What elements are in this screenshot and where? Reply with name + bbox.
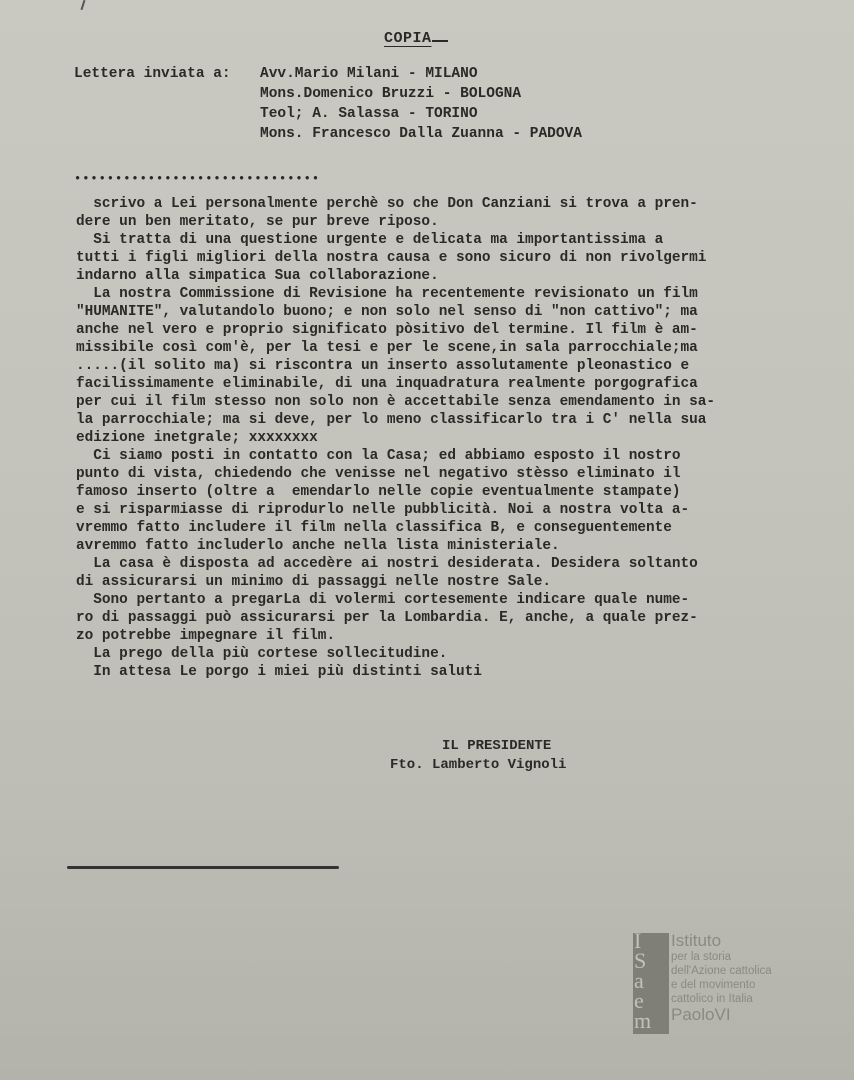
body-line: ro di passaggi può assicurarsi per la Lo…	[76, 609, 846, 627]
signature-title: IL PRESIDENTE	[390, 737, 566, 756]
recipient-row: Lettera inviata a:Avv.Mario Milani - MIL…	[74, 64, 582, 84]
body-line: La casa è disposta ad accedère ai nostri…	[76, 555, 846, 573]
signature-name: Fto. Lamberto Vignoli	[390, 756, 566, 775]
body-line: anche nel vero e proprio significato pòs…	[76, 321, 846, 339]
body-line: e si risparmiasse di riprodurlo nelle pu…	[76, 501, 846, 519]
body-line: Ci siamo posti in contatto con la Casa; …	[76, 447, 846, 465]
recipient-row: Teol; A. Salassa - TORINO	[74, 104, 582, 124]
body-line: Sono pertanto a pregarLa di volermi cort…	[76, 591, 846, 609]
recipients-label: Lettera inviata a:	[74, 64, 260, 84]
logo-monogram: I S a e m	[634, 931, 668, 1031]
body-line: scrivo a Lei personalmente perchè so che…	[76, 195, 846, 213]
body-line: zo potrebbe impegnare il film.	[76, 627, 846, 645]
recipient: Mons.Domenico Bruzzi - BOLOGNA	[260, 86, 521, 102]
body-line: famoso inserto (oltre a emendarlo nelle …	[76, 483, 846, 501]
pen-mark	[81, 0, 86, 10]
separator: ••••••••••••••••••••••••••••••	[74, 172, 320, 186]
body-line: "HUMANITE", valutandolo buono; e non sol…	[76, 303, 846, 321]
body-line: tutti i figli migliori della nostra caus…	[76, 249, 846, 267]
isacem-watermark-logo: I S a e m Istituto per la storia dell'Az…	[633, 933, 783, 1037]
horizontal-rule	[67, 866, 339, 869]
logo-text: Istituto per la storia dell'Azione catto…	[671, 932, 772, 1024]
letter-body: scrivo a Lei personalmente perchè so che…	[76, 195, 846, 681]
recipient: Teol; A. Salassa - TORINO	[260, 106, 478, 122]
body-line: edizione inetgrale; xxxxxxxx	[76, 429, 846, 447]
recipient: Avv.Mario Milani - MILANO	[260, 66, 478, 82]
body-line: missibile così com'è, per la tesi e per …	[76, 339, 846, 357]
body-line: avremmo fatto includerlo anche nella lis…	[76, 537, 846, 555]
document-title: COPIA	[384, 30, 448, 47]
body-line: la parrocchiale; ma si deve, per lo meno…	[76, 411, 846, 429]
body-line: La nostra Commissione di Revisione ha re…	[76, 285, 846, 303]
body-line: Si tratta di una questione urgente e del…	[76, 231, 846, 249]
recipient-row: Mons. Francesco Dalla Zuanna - PADOVA	[74, 124, 582, 144]
body-line: dere un ben meritato, se pur breve ripos…	[76, 213, 846, 231]
recipient: Mons. Francesco Dalla Zuanna - PADOVA	[260, 126, 582, 142]
body-line: In attesa Le porgo i miei più distinti s…	[76, 663, 846, 681]
signature-block: IL PRESIDENTE Fto. Lamberto Vignoli	[390, 737, 566, 775]
body-line: indarno alla simpatica Sua collaborazion…	[76, 267, 846, 285]
body-line: per cui il film stesso non solo non è ac…	[76, 393, 846, 411]
body-line: La prego della più cortese sollecitudine…	[76, 645, 846, 663]
body-line: facilissimamente eliminabile, di una inq…	[76, 375, 846, 393]
document-page: COPIA Lettera inviata a:Avv.Mario Milani…	[0, 0, 854, 1080]
body-line: di assicurarsi un minimo di passaggi nel…	[76, 573, 846, 591]
recipients-block: Lettera inviata a:Avv.Mario Milani - MIL…	[74, 64, 582, 144]
body-line: .....(il solito ma) si riscontra un inse…	[76, 357, 846, 375]
body-line: vremmo fatto includere il film nella cla…	[76, 519, 846, 537]
body-line: punto di vista, chiedendo che venisse ne…	[76, 465, 846, 483]
recipient-row: Mons.Domenico Bruzzi - BOLOGNA	[74, 84, 582, 104]
